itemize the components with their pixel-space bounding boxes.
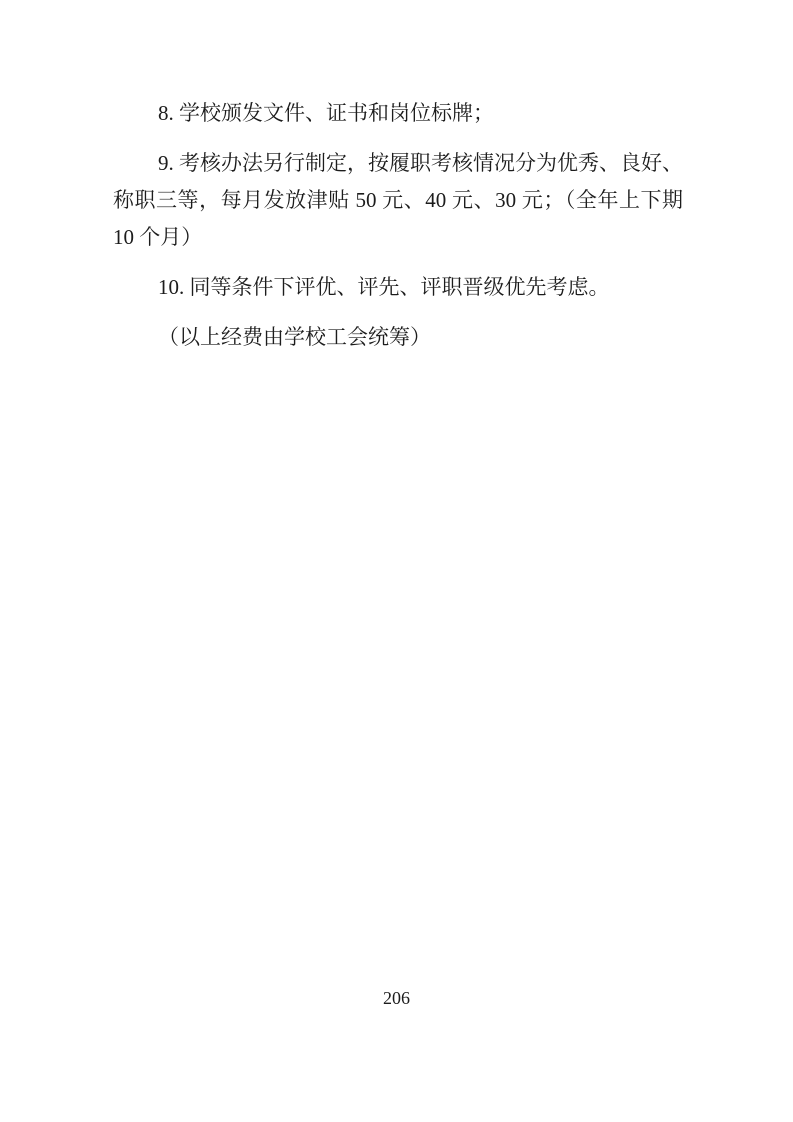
document-page: 8. 学校颁发文件、证书和岗位标牌； 9. 考核办法另行制定，按履职考核情况分为…: [0, 0, 793, 1122]
list-item-8: 8. 学校颁发文件、证书和岗位标牌；: [113, 95, 683, 132]
list-item-9: 9. 考核办法另行制定，按履职考核情况分为优秀、良好、称职三等，每月发放津贴 5…: [113, 145, 683, 256]
document-body: 8. 学校颁发文件、证书和岗位标牌； 9. 考核办法另行制定，按履职考核情况分为…: [113, 95, 683, 369]
page-number: 206: [0, 988, 793, 1009]
list-item-10: 10. 同等条件下评优、评先、评职晋级优先考虑。: [113, 269, 683, 306]
note-funding-source: （以上经费由学校工会统筹）: [113, 319, 683, 356]
